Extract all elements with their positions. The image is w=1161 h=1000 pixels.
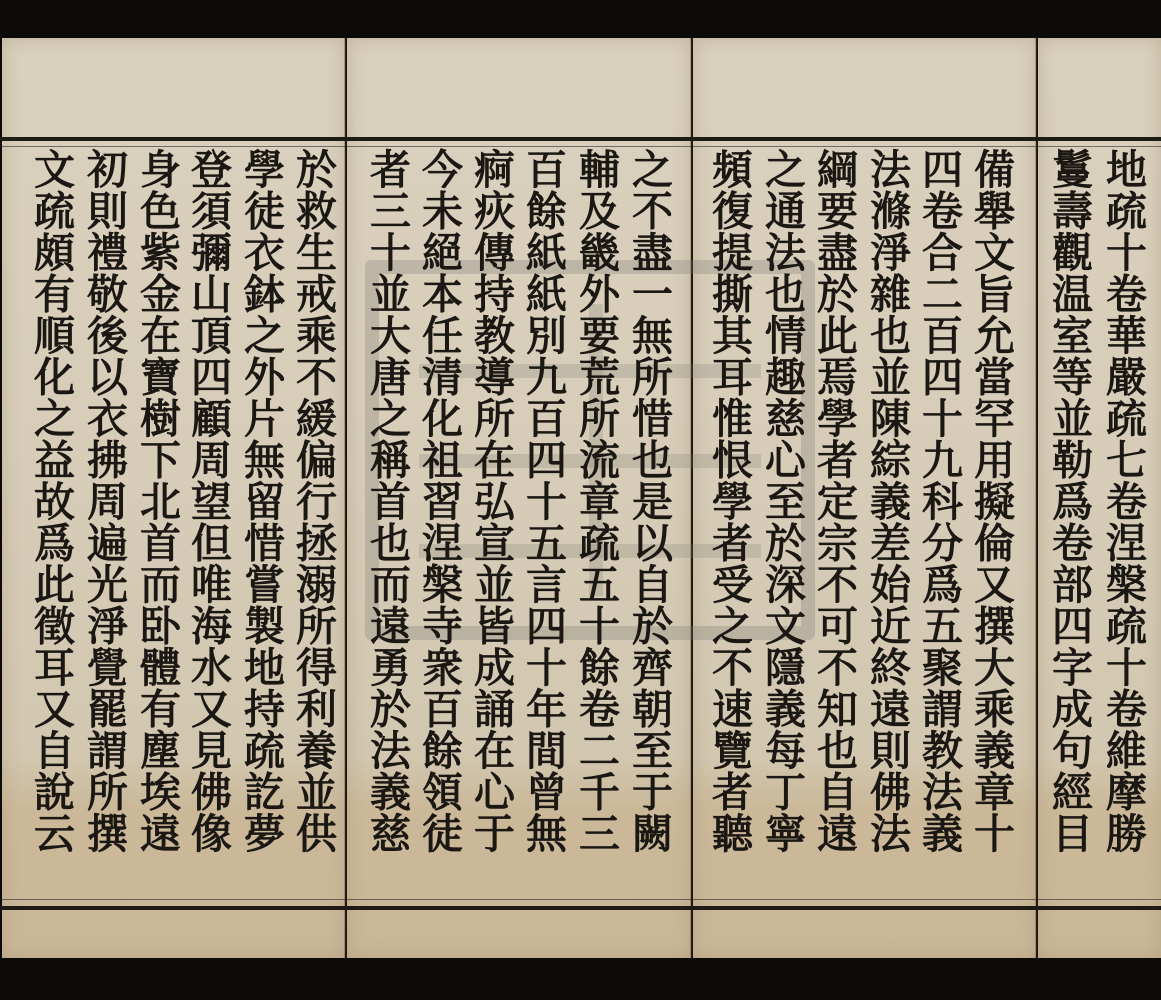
text-column: 學徒衣鉢之外片無留惜嘗製地持疏訖夢	[240, 148, 281, 898]
text-column: 備舉文旨允當罕用擬倫又撰大乘義章十	[970, 148, 1011, 898]
text-column: 鬘壽觀温室等並勒爲卷部四字成句經目	[1048, 148, 1089, 898]
text-column: 登須彌山頂四顧周望但唯海水又見佛像	[187, 148, 228, 898]
bottom-inner-rule	[0, 899, 1161, 900]
top-inner-rule	[0, 146, 1161, 147]
text-column: 綱要盡於此焉學者定宗不可不知也自遠	[813, 148, 854, 898]
text-column: 之通法也情趣慈心至於深文隱義每丁寧	[761, 148, 802, 898]
top-border-rule	[0, 137, 1161, 141]
book-scan: 地疏十卷華嚴疏七卷涅槃疏十卷維摩勝 鬘壽觀温室等並勒爲卷部四字成句經目 備舉文旨…	[0, 0, 1161, 1000]
text-column: 文疏頗有順化之益故爲此徵耳又自說云	[30, 148, 71, 898]
text-column: 輔及畿外要荒所流章疏五十餘卷二千三	[575, 148, 616, 898]
text-column: 之不盡一無所惜也是以自於齊朝至于闕	[628, 148, 669, 898]
text-column: 今未絕本任清化祖習涅槃寺衆百餘領徒	[418, 148, 459, 898]
text-column: 地疏十卷華嚴疏七卷涅槃疏十卷維摩勝	[1102, 148, 1143, 898]
text-column: 痾疢傳持教導所在弘宣並皆成誦在心于	[470, 148, 511, 898]
bottom-border-rule	[0, 906, 1161, 910]
text-column: 法滌淨雜也並陳綜義差始近終遠則佛法	[866, 148, 907, 898]
text-column: 身色紫金在寶樹下北首而卧體有塵埃遠	[136, 148, 177, 898]
text-column: 於救生戒乘不緩偏行拯溺所得利養並供	[292, 148, 333, 898]
text-column: 四卷合二百四十九科分爲五聚謂教法義	[918, 148, 959, 898]
fold-line	[344, 38, 347, 958]
fold-line	[1035, 38, 1038, 958]
text-column: 百餘紙紙別九百四十五言四十年間曾無	[522, 148, 563, 898]
text-column: 頻復提撕其耳惟恨學者受之不速覽者聽	[708, 148, 749, 898]
text-column: 初則禮敬後以衣拂周遍光淨覺罷謂所撰	[83, 148, 124, 898]
text-column: 者三十並大唐之稱首也而遠勇於法義慈	[366, 148, 407, 898]
